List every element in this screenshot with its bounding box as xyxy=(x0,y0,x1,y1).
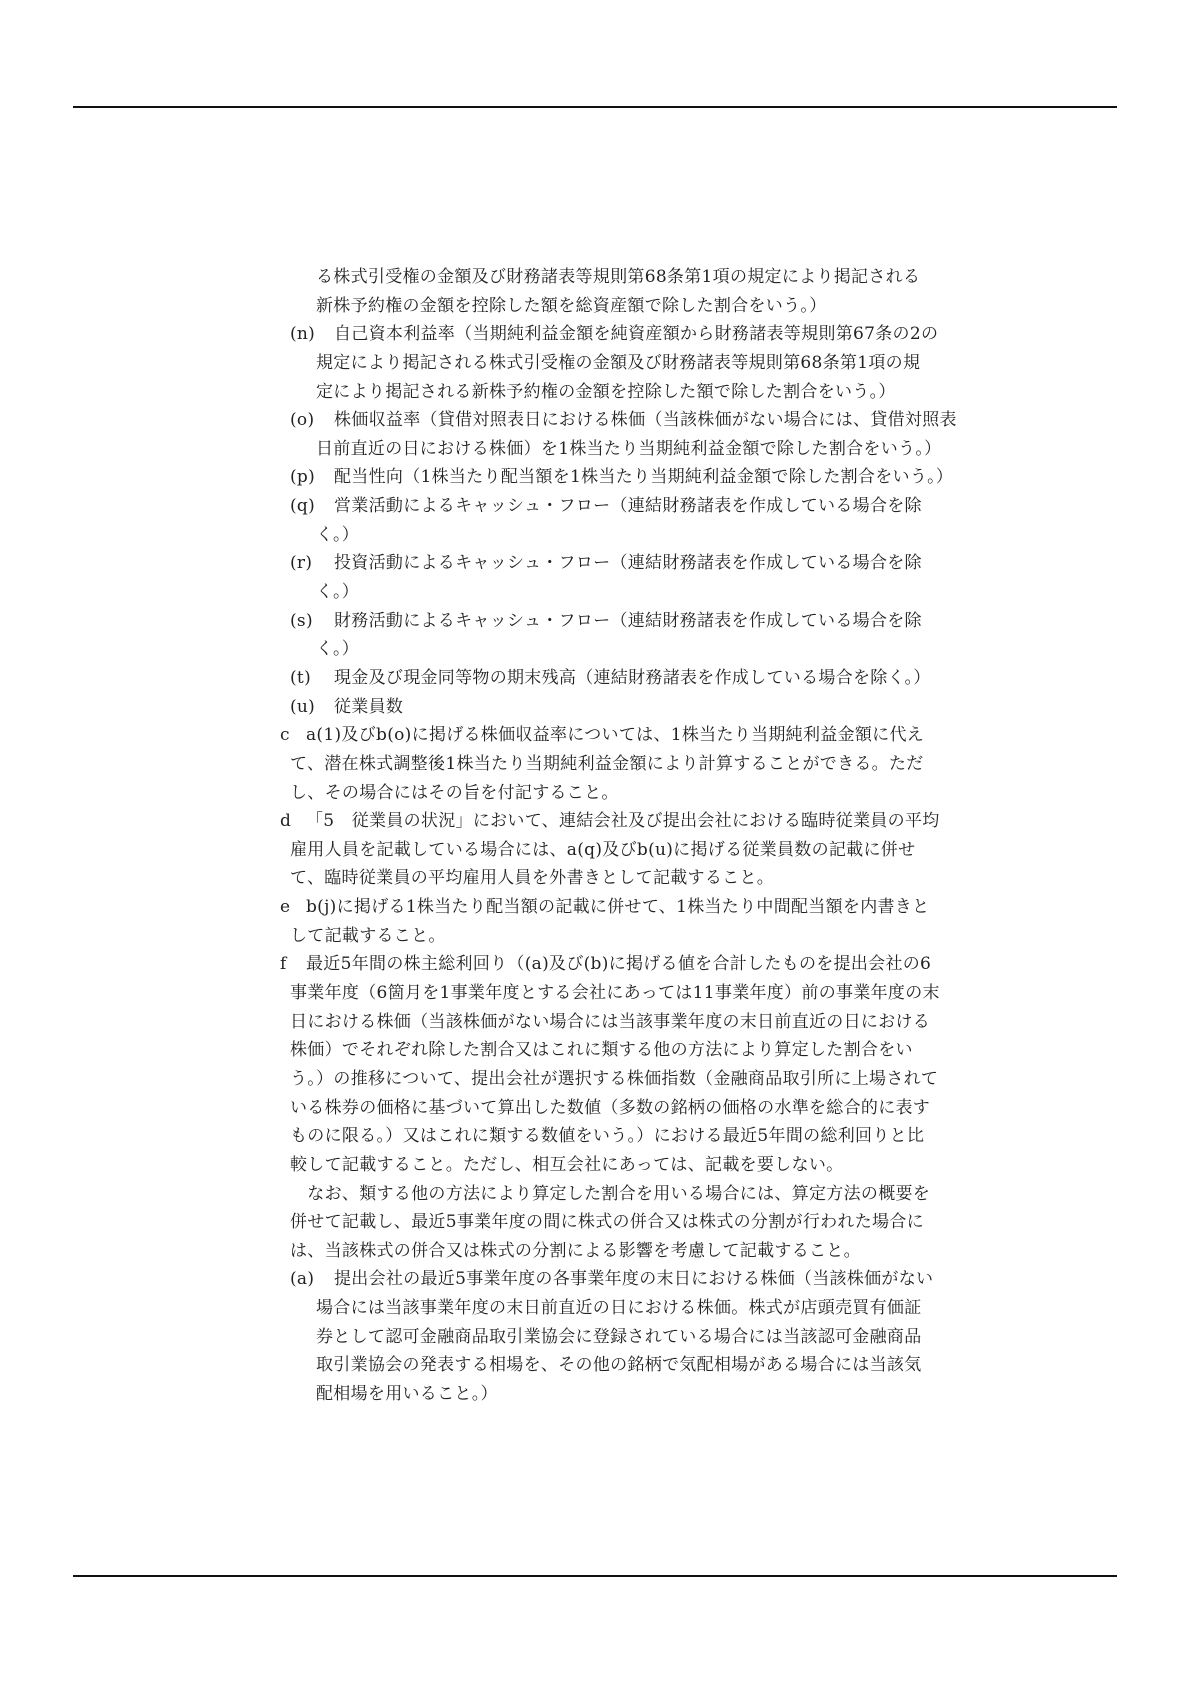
list-item-s: (s)財務活動によるキャッシュ・フロー（連結財務諸表を作成している場合を除 xyxy=(280,607,956,636)
text-line: 取引業協会の発表する相場を、その他の銘柄で気配相場がある場合には当該気 xyxy=(280,1351,956,1380)
text-line: 日における株価（当該株価がない場合には当該事業年度の末日前直近の日における xyxy=(280,1008,956,1037)
text-line: て、臨時従業員の平均雇用人員を外書きとして記載すること。 xyxy=(280,864,956,893)
section-f: f最近5年間の株主総利回り（(a)及び(b)に掲げる値を合計したものを提出会社の… xyxy=(280,950,956,979)
text-line: 規定により掲記される株式引受権の金額及び財務諸表等規則第68条第1項の規 xyxy=(280,349,956,378)
text-line: 「5 従業員の状況」において、連結会社及び提出会社における臨時従業員の平均 xyxy=(306,811,940,831)
section-label: d xyxy=(280,807,306,836)
item-label: (n) xyxy=(290,320,334,349)
header-rule xyxy=(73,106,1117,108)
section-c: ca(1)及びb(o)に掲げる株価収益率については、1株当たり当期純利益金額に代… xyxy=(280,721,956,750)
list-item-t: (t)現金及び現金同等物の期末残高（連結財務諸表を作成している場合を除く。） xyxy=(280,664,956,693)
text-line: 定により掲記される新株予約権の金額を控除した額で除した割合をいう。） xyxy=(280,378,956,407)
text-line: 雇用人員を記載している場合には、a(q)及びb(u)に掲げる従業員数の記載に併せ xyxy=(280,836,956,865)
text-line: 日前直近の日における株価）を1株当たり当期純利益金額で除した割合をいう。） xyxy=(280,435,956,464)
text-line: 営業活動によるキャッシュ・フロー（連結財務諸表を作成している場合を除 xyxy=(334,496,922,516)
text-line: 併せて記載し、最近5事業年度の間に株式の併合又は株式の分割が行われた場合に xyxy=(280,1208,956,1237)
text-line: し、その場合にはその旨を付記すること。 xyxy=(280,779,956,808)
section-d: d「5 従業員の状況」において、連結会社及び提出会社における臨時従業員の平均 xyxy=(280,807,956,836)
text-line: 券として認可金融商品取引業協会に登録されている場合には当該認可金融商品 xyxy=(280,1323,956,1352)
text-line: く。） xyxy=(280,635,956,664)
text-line: 財務活動によるキャッシュ・フロー（連結財務諸表を作成している場合を除 xyxy=(334,611,922,631)
item-label: (o) xyxy=(290,406,334,435)
list-item-u: (u)従業員数 xyxy=(280,693,956,722)
text-line: 自己資本利益率（当期純利益金額を純資産額から財務諸表等規則第67条の2の xyxy=(334,324,938,344)
text-line: 提出会社の最近5事業年度の各事業年度の末日における株価（当該株価がない xyxy=(334,1269,933,1289)
item-label: (u) xyxy=(290,693,334,722)
list-item-p: (p)配当性向（1株当たり配当額を1株当たり当期純利益金額で除した割合をいう。） xyxy=(280,463,956,492)
text-line: は、当該株式の併合又は株式の分割による影響を考慮して記載すること。 xyxy=(280,1237,956,1266)
footer-rule xyxy=(73,1575,1117,1577)
section-label: e xyxy=(280,893,306,922)
list-item-o: (o)株価収益率（貸借対照表日における株価（当該株価がない場合には、貸借対照表 xyxy=(280,406,956,435)
text-line: いる株券の価格に基づいて算出した数値（多数の銘柄の価格の水準を総合的に表す xyxy=(280,1094,956,1123)
text-line: して記載すること。 xyxy=(280,922,956,951)
section-label: f xyxy=(280,950,306,979)
item-label: (a) xyxy=(290,1265,334,1294)
text-line: 配相場を用いること。） xyxy=(280,1380,956,1409)
text-line: 株価）でそれぞれ除した割合又はこれに類する他の方法により算定した割合をい xyxy=(280,1036,956,1065)
list-item-r: (r)投資活動によるキャッシュ・フロー（連結財務諸表を作成している場合を除 xyxy=(280,549,956,578)
text-line: う。）の推移について、提出会社が選択する株価指数（金融商品取引所に上場されて xyxy=(280,1065,956,1094)
text-line: 新株予約権の金額を控除した額を総資産額で除した割合をいう。） xyxy=(280,292,956,321)
item-label: (s) xyxy=(290,607,334,636)
list-item-n: (n)自己資本利益率（当期純利益金額を純資産額から財務諸表等規則第67条の2の xyxy=(280,320,956,349)
list-item-q: (q)営業活動によるキャッシュ・フロー（連結財務諸表を作成している場合を除 xyxy=(280,492,956,521)
text-line: く。） xyxy=(280,521,956,550)
text-line: く。） xyxy=(280,578,956,607)
item-label: (r) xyxy=(290,549,334,578)
text-line: 従業員数 xyxy=(334,697,403,717)
text-line: 較して記載すること。ただし、相互会社にあっては、記載を要しない。 xyxy=(280,1151,956,1180)
text-line: て、潜在株式調整後1株当たり当期純利益金額により計算することができる。ただ xyxy=(280,750,956,779)
text-line: 株価収益率（貸借対照表日における株価（当該株価がない場合には、貸借対照表 xyxy=(334,410,957,430)
text-line: 現金及び現金同等物の期末残高（連結財務諸表を作成している場合を除く。） xyxy=(334,668,931,688)
document-body: る株式引受権の金額及び財務諸表等規則第68条第1項の規定により掲記される 新株予… xyxy=(280,263,956,1409)
text-line: る株式引受権の金額及び財務諸表等規則第68条第1項の規定により掲記される xyxy=(280,263,956,292)
section-label: c xyxy=(280,721,306,750)
item-label: (p) xyxy=(290,463,334,492)
text-line: a(1)及びb(o)に掲げる株価収益率については、1株当たり当期純利益金額に代え xyxy=(306,725,924,745)
section-e: eb(j)に掲げる1株当たり配当額の記載に併せて、1株当たり中間配当額を内書きと xyxy=(280,893,956,922)
text-line: 場合には当該事業年度の末日前直近の日における株価。株式が店頭売買有価証 xyxy=(280,1294,956,1323)
text-line: 投資活動によるキャッシュ・フロー（連結財務諸表を作成している場合を除 xyxy=(334,553,922,573)
text-line: ものに限る。）又はこれに類する数値をいう。）における最近5年間の総利回りと比 xyxy=(280,1122,956,1151)
text-line: 配当性向（1株当たり配当額を1株当たり当期純利益金額で除した割合をいう。） xyxy=(334,467,953,487)
list-item-a: (a)提出会社の最近5事業年度の各事業年度の末日における株価（当該株価がない xyxy=(280,1265,956,1294)
item-label: (t) xyxy=(290,664,334,693)
text-line: 事業年度（6箇月を1事業年度とする会社にあっては11事業年度）前の事業年度の末 xyxy=(280,979,956,1008)
text-line: b(j)に掲げる1株当たり配当額の記載に併せて、1株当たり中間配当額を内書きと xyxy=(306,897,929,917)
text-line: 最近5年間の株主総利回り（(a)及び(b)に掲げる値を合計したものを提出会社の6 xyxy=(306,954,931,974)
text-line: なお、類する他の方法により算定した割合を用いる場合には、算定方法の概要を xyxy=(280,1180,956,1209)
item-label: (q) xyxy=(290,492,334,521)
